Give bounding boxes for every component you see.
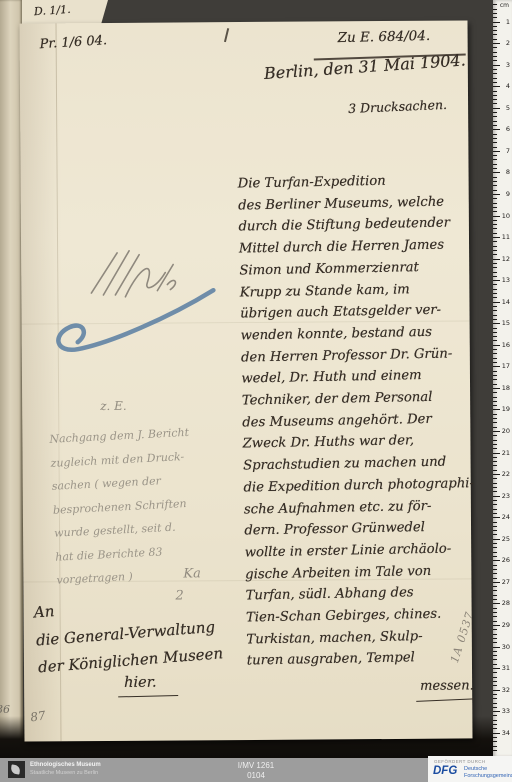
ruler-tick-minor: [493, 379, 497, 380]
ruler-tick-minor: [493, 728, 497, 729]
ruler-number: 16: [498, 341, 510, 349]
ruler-tick-minor: [493, 375, 497, 376]
ruler-number: 3: [498, 61, 510, 69]
ruler-tick-minor: [493, 655, 497, 656]
ruler-tick-minor: [493, 664, 497, 665]
ruler-tick-minor: [493, 164, 497, 165]
ruler-tick-minor: [493, 13, 497, 14]
ruler-number: 34: [498, 729, 510, 737]
ruler-tick-minor: [493, 513, 497, 514]
ruler-unit-label: cm: [500, 2, 509, 9]
ruler-tick-minor: [493, 241, 497, 242]
ruler-number: 11: [498, 233, 510, 241]
ruler-number: 1: [498, 18, 510, 26]
ruler-number: 6: [498, 125, 510, 133]
ruler-tick-minor: [493, 91, 497, 92]
ruler-tick-minor: [493, 465, 497, 466]
ruler-tick-minor: [493, 306, 497, 307]
ruler-tick-minor: [493, 125, 497, 126]
ruler-number: 5: [498, 104, 510, 112]
ruler-tick-minor: [493, 487, 497, 488]
ruler-number: 33: [498, 707, 510, 715]
dateline: Berlin, den 31 Mai 1904.: [263, 50, 466, 83]
ruler-number: 18: [498, 384, 510, 392]
ruler-tick-minor: [493, 340, 497, 341]
ruler-tick-minor: [493, 392, 497, 393]
ruler-tick-minor: [493, 47, 497, 48]
ruler-tick-minor: [493, 30, 497, 31]
ruler-tick-minor: [493, 4, 497, 5]
ruler-tick-minor: [493, 715, 497, 716]
ruler-tick-minor: [493, 60, 497, 61]
ruler-number: 30: [498, 643, 510, 651]
ruler-tick-minor: [493, 116, 497, 117]
dfg-logo: DFG: [433, 765, 457, 777]
ruler-number: 21: [498, 449, 510, 457]
ruler-tick-minor: [493, 569, 497, 570]
ruler-tick-minor: [493, 642, 497, 643]
ruler-number: 12: [498, 255, 510, 263]
ruler-tick-minor: [493, 681, 497, 682]
address-destination: hier.: [124, 675, 157, 691]
ruler-tick-minor: [493, 556, 497, 557]
ruler-tick-minor: [493, 685, 497, 686]
ruler-tick-minor: [493, 427, 497, 428]
ruler-tick-minor: [493, 612, 497, 613]
letter-body-line: wollte in erster Linie archäolo-: [245, 538, 485, 564]
ruler-number: 4: [498, 82, 510, 90]
ruler-tick-minor: [493, 34, 497, 35]
ruler-tick-minor: [493, 371, 497, 372]
ruler-tick-minor: [493, 82, 497, 83]
ruler-tick-minor: [493, 78, 497, 79]
ruler-tick-minor: [493, 547, 497, 548]
ruler-tick-minor: [493, 211, 497, 212]
pencil-note-heading: z. E.: [100, 399, 127, 413]
ruler-tick-minor: [493, 478, 497, 479]
ruler-tick-minor: [493, 397, 497, 398]
ruler-tick-minor: [493, 198, 497, 199]
ruler-tick-minor: [493, 353, 497, 354]
funding-caption: GEFÖRDERT DURCH: [434, 759, 486, 764]
ruler-tick-minor: [493, 599, 497, 600]
ruler-tick-minor: [493, 39, 497, 40]
ruler-number: 24: [498, 513, 510, 521]
catchword: messen.: [420, 678, 474, 693]
ruler-tick-minor: [493, 634, 497, 635]
ruler-tick-minor: [493, 220, 497, 221]
file-reference: Zu E. 684/04.: [337, 28, 430, 46]
ruler-tick-minor: [493, 207, 497, 208]
ruler-number: 22: [498, 470, 510, 478]
ruler-tick-minor: [493, 483, 497, 484]
folio-number-86: 86: [0, 703, 10, 716]
ruler-tick-minor: [493, 9, 497, 10]
ruler-tick-minor: [493, 246, 497, 247]
ruler-tick-minor: [493, 440, 497, 441]
ruler-tick-minor: [493, 297, 497, 298]
ruler-tick-minor: [493, 651, 497, 652]
ruler: cm 1234567891011121314151617181920212223…: [493, 0, 512, 757]
ruler-tick-minor: [493, 328, 497, 329]
ruler-tick-minor: [493, 565, 497, 566]
ruler-tick-minor: [493, 750, 497, 751]
ruler-tick-minor: [493, 159, 497, 160]
ruler-tick-minor: [493, 461, 497, 462]
ruler-tick-minor: [493, 586, 497, 587]
ruler-tick-minor: [493, 470, 497, 471]
ruler-tick-minor: [493, 694, 497, 695]
ruler-tick-minor: [493, 500, 497, 501]
ruler-tick-minor: [493, 448, 497, 449]
ruler-tick-minor: [493, 233, 497, 234]
ruler-tick-minor: [493, 254, 497, 255]
ruler-tick-minor: [493, 336, 497, 337]
ruler-number: 9: [498, 190, 510, 198]
ruler-number: 10: [498, 212, 510, 220]
ruler-tick-minor: [493, 272, 497, 273]
ruler-tick-minor: [493, 672, 497, 673]
ruler-tick-minor: [493, 405, 497, 406]
ruler-tick-minor: [493, 121, 497, 122]
archival-scan-viewport: D. 1/1. 86 Pr. 1/6 04. Zu E. 684/04. Ber…: [0, 0, 512, 782]
enclosure-note: 3 Drucksachen.: [348, 97, 447, 116]
ruler-tick-minor: [493, 608, 497, 609]
ruler-tick-minor: [493, 319, 497, 320]
ruler-tick-minor: [493, 155, 497, 156]
letter-body-line: die Expedition durch photographi-: [243, 473, 483, 499]
ruler-tick-minor: [493, 134, 497, 135]
ruler-number: 19: [498, 405, 510, 413]
ruler-number: 27: [498, 578, 510, 586]
ruler-tick-minor: [493, 638, 497, 639]
underlying-sheet-note: D. 1/1.: [34, 3, 71, 19]
ruler-tick-minor: [493, 112, 497, 113]
ruler-tick-minor: [493, 362, 497, 363]
ruler-tick-minor: [493, 444, 497, 445]
ruler-tick-minor: [493, 190, 497, 191]
ruler-tick-minor: [493, 724, 497, 725]
ruler-number: 15: [498, 319, 510, 327]
ruler-tick-minor: [493, 509, 497, 510]
ruler-number: 23: [498, 492, 510, 500]
dfg-name-line1: Deutsche: [464, 766, 487, 772]
ruler-number: 17: [498, 362, 510, 370]
ruler-tick-minor: [493, 578, 497, 579]
ruler-tick-minor: [493, 737, 497, 738]
ruler-tick-minor: [493, 746, 497, 747]
ruler-tick-minor: [493, 142, 497, 143]
ruler-tick-minor: [493, 384, 497, 385]
ruler-tick-minor: [493, 263, 497, 264]
ruler-tick-minor: [493, 720, 497, 721]
ruler-tick-minor: [493, 228, 497, 229]
ruler-number: 14: [498, 298, 510, 306]
ink-slash-mark: [224, 28, 229, 42]
ruler-tick-minor: [493, 526, 497, 527]
ruler-tick-minor: [493, 659, 497, 660]
ruler-tick-minor: [493, 224, 497, 225]
ruler-number: 25: [498, 535, 510, 543]
ruler-number: 28: [498, 599, 510, 607]
ruler-tick-minor: [493, 181, 497, 182]
ruler-tick-minor: [493, 401, 497, 402]
blue-checkmark-swoosh: [47, 280, 228, 355]
ruler-tick-minor: [493, 293, 497, 294]
letter-page: Pr. 1/6 04. Zu E. 684/04. Berlin, den 31…: [19, 20, 472, 741]
ruler-tick-minor: [493, 543, 497, 544]
ruler-tick-minor: [493, 177, 497, 178]
ruler-tick-minor: [493, 250, 497, 251]
ruler-tick-minor: [493, 552, 497, 553]
dfg-logo-box: GEFÖRDERT DURCH DFG Deutsche Forschungsg…: [428, 756, 512, 782]
ruler-number: 2: [498, 39, 510, 47]
ruler-tick-minor: [493, 69, 497, 70]
letter-body-line: Mittel durch die Herren James: [239, 234, 479, 260]
ruler-tick-minor: [493, 522, 497, 523]
ruler-number: 20: [498, 427, 510, 435]
ruler-tick-minor: [493, 73, 497, 74]
dfg-name-line2: Forschungsgemeinschaft: [464, 773, 512, 779]
pencil-initial: Ka: [183, 566, 201, 581]
ruler-tick-minor: [493, 147, 497, 148]
ruler-tick-minor: [493, 534, 497, 535]
address-block: Andie General-Verwaltungder Königlichen …: [33, 582, 269, 682]
ruler-tick-minor: [493, 358, 497, 359]
ruler-tick-minor: [493, 103, 497, 104]
pencil-annotation: Nachgang dem J. Berichtzugleich mit den …: [49, 418, 262, 593]
ruler-tick-minor: [493, 56, 497, 57]
ruler-tick-minor: [493, 414, 497, 415]
ruler-tick-minor: [493, 17, 497, 18]
ruler-tick-minor: [493, 573, 497, 574]
ruler-tick-minor: [493, 168, 497, 169]
ruler-tick-minor: [493, 621, 497, 622]
ruler-tick-minor: [493, 491, 497, 492]
ruler-tick-minor: [493, 267, 497, 268]
ruler-tick-minor: [493, 698, 497, 699]
ruler-tick-minor: [493, 703, 497, 704]
ruler-tick-minor: [493, 349, 497, 350]
folio-number-87: 87: [29, 708, 46, 724]
digitization-footer-bar: Ethnologisches Museum Staatliche Museen …: [0, 758, 512, 782]
ruler-tick-minor: [493, 99, 497, 100]
ruler-number: 32: [498, 686, 510, 694]
ruler-tick-minor: [493, 530, 497, 531]
ruler-tick-minor: [493, 741, 497, 742]
ruler-tick-minor: [493, 52, 497, 53]
ruler-tick-minor: [493, 289, 497, 290]
ruler-tick-minor: [493, 284, 497, 285]
ruler-tick-minor: [493, 310, 497, 311]
ruler-tick-minor: [493, 457, 497, 458]
address-destination-underline: [118, 695, 178, 698]
ruler-tick-minor: [493, 26, 497, 27]
ruler-tick-minor: [493, 418, 497, 419]
ruler-tick-minor: [493, 707, 497, 708]
catchword-underline: [416, 698, 474, 702]
ruler-tick-minor: [493, 185, 497, 186]
ruler-number: 8: [498, 168, 510, 176]
ruler-number: 31: [498, 664, 510, 672]
ruler-tick-minor: [493, 595, 497, 596]
ruler-tick-minor: [493, 504, 497, 505]
ruler-number: 13: [498, 276, 510, 284]
ruler-tick-minor: [493, 590, 497, 591]
letter-body: Die Turfan-Expeditiondes Berliner Museum…: [238, 169, 488, 673]
ruler-tick-minor: [493, 203, 497, 204]
ruler-tick-minor: [493, 276, 497, 277]
ruler-tick-minor: [493, 677, 497, 678]
ruler-tick-minor: [493, 629, 497, 630]
ruler-tick-minor: [493, 616, 497, 617]
ruler-tick-minor: [493, 332, 497, 333]
margin-presentation-note: Pr. 1/6 04.: [39, 33, 107, 52]
ruler-tick-minor: [493, 422, 497, 423]
ruler-tick-minor: [493, 315, 497, 316]
ruler-number: 29: [498, 621, 510, 629]
ruler-tick-minor: [493, 95, 497, 96]
ruler-tick-minor: [493, 435, 497, 436]
ruler-number: 26: [498, 556, 510, 564]
ruler-number: 7: [498, 147, 510, 155]
ruler-tick-minor: [493, 138, 497, 139]
